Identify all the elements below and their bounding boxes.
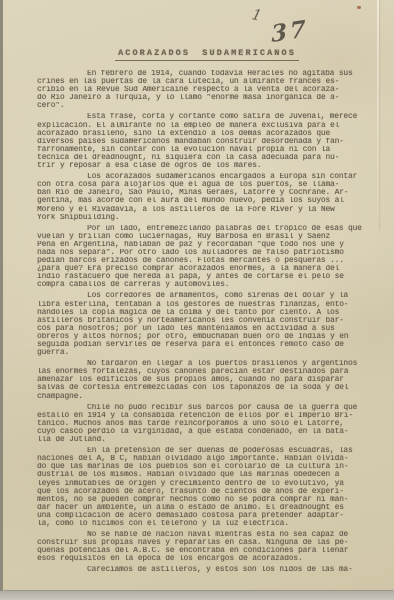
text-body: En febrero de 1914, cuando todavía Herac… bbox=[37, 70, 385, 578]
text-line: nada nos separa". Por otro lado los aull… bbox=[37, 249, 385, 257]
text-line: Carecíamos de astilleros, y éstos son lo… bbox=[37, 566, 385, 574]
paragraph: No se hable de nación naval mientras ést… bbox=[37, 531, 385, 563]
document-page: 1 37 ACORAZADOS SUDAMERICANOS En febrero… bbox=[3, 0, 394, 590]
text-line: amenazar los edificios de sus propios am… bbox=[37, 376, 385, 384]
paragraph: En febrero de 1914, cuando todavía Herac… bbox=[37, 70, 385, 110]
text-line: Los corredores de armamentos, como siren… bbox=[37, 292, 385, 300]
text-line: pedían barcos erizados de cañones. Flota… bbox=[37, 257, 385, 265]
paragraph: Chile no pudo recibir sus barcos por cau… bbox=[37, 404, 385, 444]
text-line: Esta frase, corta y cortante como sátira… bbox=[37, 113, 385, 121]
text-line: estalló en 1914 y la consabida retención… bbox=[37, 412, 385, 420]
paragraph: No tardaron en llegar a los puertos bras… bbox=[37, 360, 385, 400]
text-line: queñas potencias del A.B.C. se encontrab… bbox=[37, 547, 385, 555]
scan-bottom-edge bbox=[0, 591, 394, 600]
text-line: cribió en la Revue Sud Americaine respec… bbox=[37, 86, 385, 94]
scanned-document: 1 37 ACORAZADOS SUDAMERICANOS En febrero… bbox=[0, 0, 394, 600]
text-line: leyes inmutables de origen y crecimiento… bbox=[37, 480, 385, 488]
handwritten-tick: 1 bbox=[250, 5, 264, 25]
text-line: construir sus propias naves y repararlas… bbox=[37, 539, 385, 547]
text-line: diversos países sudamericanos mandaban c… bbox=[37, 138, 385, 146]
text-line: Por un lado, entremezclando palabras del… bbox=[37, 225, 385, 233]
text-line: En febrero de 1914, cuando todavía Herac… bbox=[37, 70, 385, 78]
text-line: cuyo casco perdió la virginidad, a que e… bbox=[37, 428, 385, 436]
text-line: naciones del A, B C, habían olvidado alg… bbox=[37, 455, 385, 463]
text-line: farronamente, sin contar con la evolució… bbox=[37, 146, 385, 154]
text-line: No se hable de nación naval mientras ést… bbox=[37, 531, 385, 539]
text-line: En la pretensión de ser dueñas de podero… bbox=[37, 447, 385, 455]
text-line: obreros y altos hornos; por otro, embuch… bbox=[37, 333, 385, 341]
text-line: lla de Jutland. bbox=[37, 436, 385, 444]
text-line: explicación. El almirante no la empleó d… bbox=[37, 122, 385, 130]
text-line: mentos, no se pueden comprar hechos como… bbox=[37, 496, 385, 504]
text-line: Los acorazados sudamericanos encargados … bbox=[37, 173, 385, 181]
paragraph: Los corredores de armamentos, como siren… bbox=[37, 292, 385, 357]
text-line: la, como lo hicimos con el teléfono y la… bbox=[37, 520, 385, 528]
text-line: cero". bbox=[37, 102, 385, 110]
text-line: guerra. bbox=[37, 349, 385, 357]
text-line: nándoles la copla mágica de la coima y d… bbox=[37, 309, 385, 317]
text-line: una complicación de acero demasiado cost… bbox=[37, 512, 385, 520]
text-line: Moreno y el Rivadavia, a los astilleros … bbox=[37, 206, 385, 214]
paragraph: En la pretensión de ser dueñas de podero… bbox=[37, 447, 385, 528]
text-line: Peña en Argentina, hablaban de paz y rec… bbox=[37, 241, 385, 249]
text-line: dustrial de los mismos. Habían olvidado … bbox=[37, 471, 385, 479]
scan-left-edge bbox=[0, 0, 3, 591]
text-line: gentina, más acorde con el aura del mund… bbox=[37, 197, 385, 205]
text-line: salvas de cortesía entremezcladas con lo… bbox=[37, 384, 385, 392]
text-line: No tardaron en llegar a los puertos bras… bbox=[37, 360, 385, 368]
text-line: cos para nosotros; por un lado les mante… bbox=[37, 325, 385, 333]
text-line: dar hacer un ambiente, un alma o estado … bbox=[37, 504, 385, 512]
text-line: do Río Janeiro a Turquía, y lo llamó "en… bbox=[37, 94, 385, 102]
paragraph: Por un lado, entremezclando palabras del… bbox=[37, 225, 385, 290]
text-line: vuelan y brillan como luciérnagas, Ruy B… bbox=[37, 233, 385, 241]
text-line: Chile no pudo recibir sus barcos por cau… bbox=[37, 404, 385, 412]
text-line: técnica del dreadnought, ni siquiera con… bbox=[37, 154, 385, 162]
text-line: indio rastacuero que hereda al papá, y a… bbox=[37, 273, 385, 281]
text-line: compra caballos de carreras y automóvile… bbox=[37, 281, 385, 289]
text-line: las enormes fortalezas, cuyos cañones pa… bbox=[37, 368, 385, 376]
text-line: esos requisitos en la época de los encar… bbox=[37, 555, 385, 563]
text-line: acorazado brasileño, sino la extendió a … bbox=[37, 130, 385, 138]
text-line: libra esterlina, tentaban a los gestores… bbox=[37, 301, 385, 309]
paragraph: Esta frase, corta y cortante como sátira… bbox=[37, 113, 385, 170]
text-line: ¿para qué? Era preciso comprar acorazado… bbox=[37, 265, 385, 273]
paragraph: Los acorazados sudamericanos encargados … bbox=[37, 173, 385, 222]
text-line: crines en las puertas de la cara Lutecia… bbox=[37, 78, 385, 86]
text-line: trir y reposar a esa clase de ogros de l… bbox=[37, 162, 385, 170]
text-line: con otra cosa para alojarlos que el agua… bbox=[37, 181, 385, 189]
text-line: York Shipbuilding. bbox=[37, 214, 385, 222]
paragraph: Carecíamos de astilleros, y éstos son lo… bbox=[37, 566, 385, 574]
text-line: do que las marinas de los pueblos son el… bbox=[37, 463, 385, 471]
text-line: champagne. bbox=[37, 393, 385, 401]
text-line: que los acorazados de acero, trasunto de… bbox=[37, 488, 385, 496]
page-title: ACORAZADOS SUDAMERICANOS bbox=[115, 48, 299, 61]
paper-stain bbox=[357, 6, 361, 9]
title-row: ACORAZADOS SUDAMERICANOS bbox=[37, 42, 377, 61]
text-line: astilleros británicos y norteamericanos … bbox=[37, 317, 385, 325]
text-line: tánico. Muchos años más tarde reincorpor… bbox=[37, 420, 385, 428]
text-line: ban Río de Janeiro, Sao Paulo, Minas Ger… bbox=[37, 189, 385, 197]
text-line: seguida podían servirles de reserva para… bbox=[37, 341, 385, 349]
